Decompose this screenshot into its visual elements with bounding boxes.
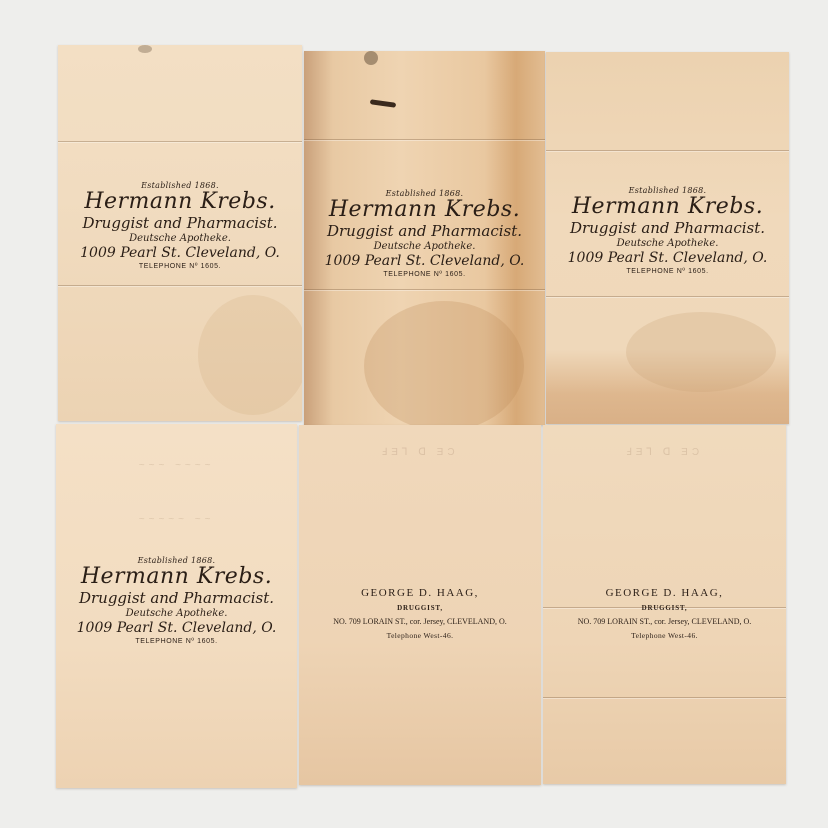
- haag-letterhead: GEORGE D. HAAG, DRUGGIST, NO. 709 LORAIN…: [299, 585, 541, 643]
- stain: [626, 312, 776, 392]
- german-subtitle: Deutsche Apotheke.: [304, 240, 545, 253]
- stain: [364, 301, 524, 425]
- business-title: Druggist and Pharmacist.: [58, 214, 302, 232]
- german-subtitle: Deutsche Apotheke.: [58, 232, 302, 245]
- business-title: DRUGGIST,: [543, 601, 786, 615]
- letterhead-sheet-bottom-middle: ℲƎ⅂ ᗡ ƎϽ GEORGE D. HAAG, DRUGGIST, NO. 7…: [299, 425, 541, 785]
- address: NO. 709 LORAIN ST., cor. Jersey, CLEVELA…: [299, 615, 541, 629]
- krebs-letterhead: Established 1868. Hermann Krebs. Druggis…: [304, 189, 545, 280]
- ink-blot: [370, 99, 396, 108]
- fold-line: [304, 139, 545, 140]
- business-name: GEORGE D. HAAG,: [543, 585, 786, 601]
- krebs-letterhead: Established 1868. Hermann Krebs. Druggis…: [56, 556, 297, 647]
- telephone: TELEPHONE Nº 1605.: [58, 262, 302, 272]
- haag-letterhead: GEORGE D. HAAG, DRUGGIST, NO. 709 LORAIN…: [543, 585, 786, 643]
- address: 1009 Pearl St. Cleveland, O.: [56, 620, 297, 637]
- telephone: TELEPHONE Nº 1605.: [56, 637, 297, 647]
- business-name: Hermann Krebs.: [58, 190, 302, 214]
- business-title: Druggist and Pharmacist.: [56, 589, 297, 607]
- business-title: Druggist and Pharmacist.: [546, 219, 789, 237]
- stain: [198, 295, 302, 415]
- address: 1009 Pearl St. Cleveland, O.: [546, 250, 789, 267]
- show-through-text: ℲƎ⅂ ᗡ ƎϽ: [543, 447, 786, 458]
- krebs-letterhead: Established 1868. Hermann Krebs. Druggis…: [58, 181, 302, 272]
- german-subtitle: Deutsche Apotheke.: [546, 237, 789, 250]
- business-name: Hermann Krebs.: [304, 198, 545, 222]
- fold-line: [543, 697, 786, 698]
- stain: [364, 51, 378, 65]
- letterhead-sheet-bottom-right: ℲƎ⅂ ᗡ ƎϽ GEORGE D. HAAG, DRUGGIST, NO. 7…: [543, 425, 786, 784]
- letterhead-sheet-top-right: Established 1868. Hermann Krebs. Druggis…: [546, 52, 789, 424]
- fold-line: [546, 296, 789, 297]
- address: NO. 709 LORAIN ST., cor. Jersey, CLEVELA…: [543, 615, 786, 629]
- letterhead-sheet-bottom-left: ~~~ ~~~~ ~~~~~ ~~ Established 1868. Herm…: [56, 424, 297, 788]
- stain: [138, 45, 152, 53]
- business-title: DRUGGIST,: [299, 601, 541, 615]
- letterhead-sheet-top-left: Established 1868. Hermann Krebs. Druggis…: [58, 45, 302, 421]
- telephone: Telephone West-46.: [543, 629, 786, 643]
- business-name: Hermann Krebs.: [56, 565, 297, 589]
- german-subtitle: Deutsche Apotheke.: [56, 607, 297, 620]
- telephone: TELEPHONE Nº 1605.: [304, 270, 545, 280]
- telephone: Telephone West-46.: [299, 629, 541, 643]
- telephone: TELEPHONE Nº 1605.: [546, 267, 789, 277]
- fold-line: [58, 141, 302, 142]
- address: 1009 Pearl St. Cleveland, O.: [304, 253, 545, 270]
- show-through-text: ~~~ ~~~~: [56, 460, 297, 471]
- business-name: Hermann Krebs.: [546, 195, 789, 219]
- krebs-letterhead: Established 1868. Hermann Krebs. Druggis…: [546, 186, 789, 277]
- show-through-text: ~~~~~ ~~: [56, 514, 297, 525]
- fold-line: [546, 150, 789, 151]
- fold-line: [304, 289, 545, 290]
- address: 1009 Pearl St. Cleveland, O.: [58, 245, 302, 262]
- business-title: Druggist and Pharmacist.: [304, 222, 545, 240]
- fold-line: [58, 285, 302, 286]
- business-name: GEORGE D. HAAG,: [299, 585, 541, 601]
- letterhead-sheet-top-middle: Established 1868. Hermann Krebs. Druggis…: [304, 51, 545, 425]
- show-through-text: ℲƎ⅂ ᗡ ƎϽ: [299, 447, 541, 458]
